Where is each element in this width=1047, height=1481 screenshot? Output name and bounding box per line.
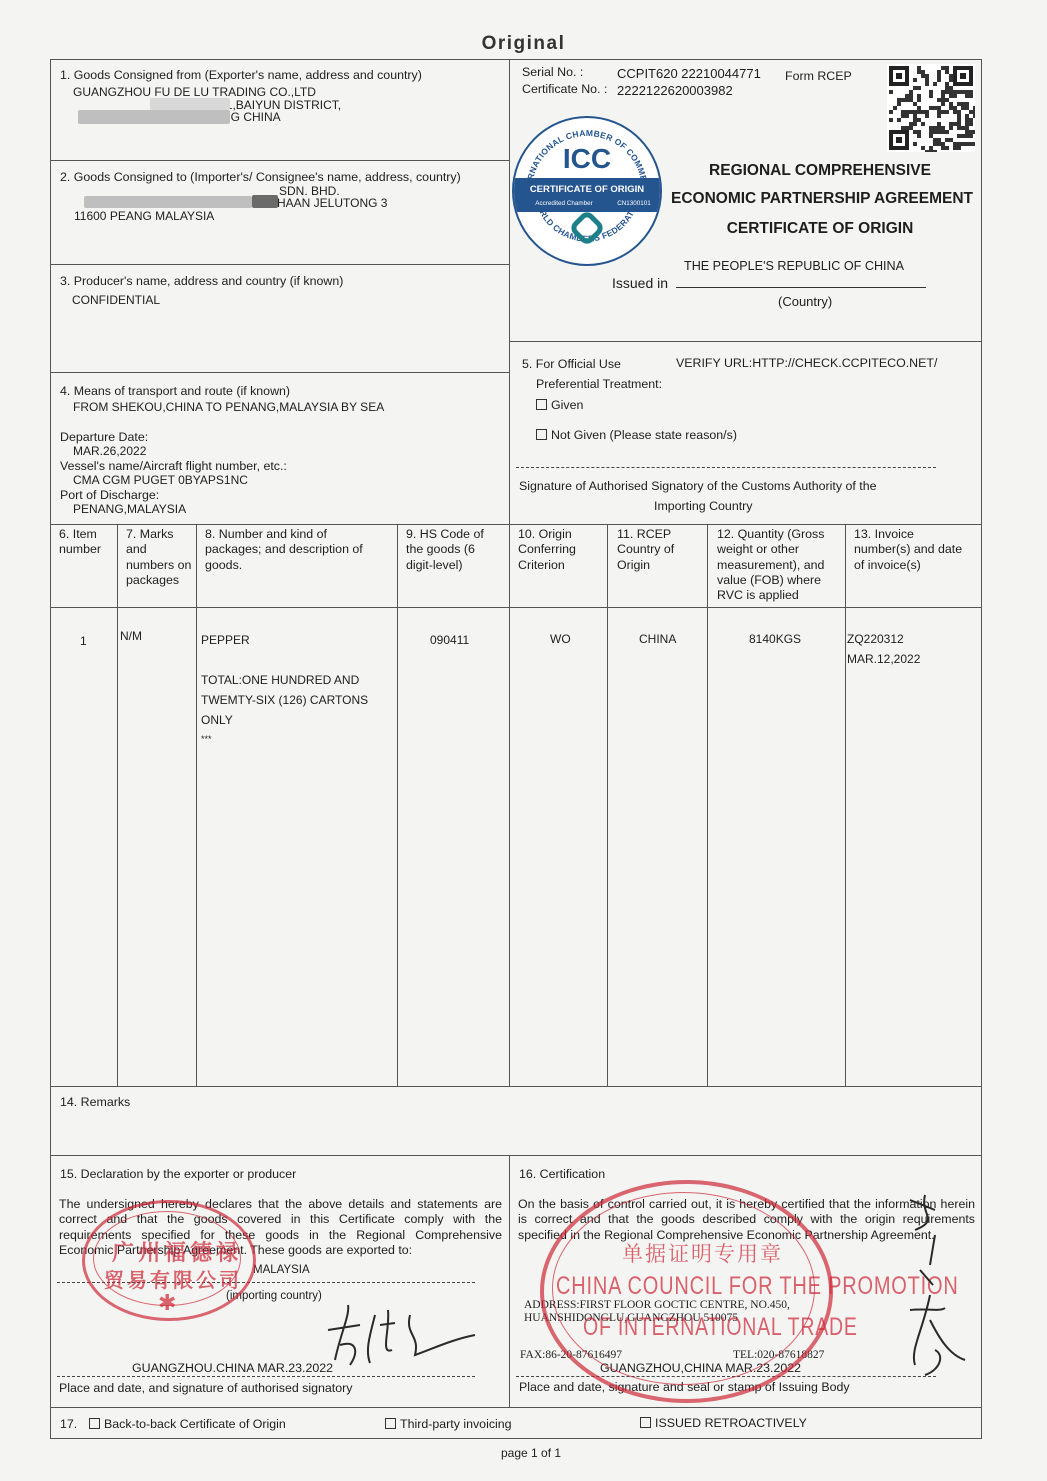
divider — [509, 341, 982, 342]
column-header: Origin — [617, 558, 650, 573]
box15-label: 15. Declaration by the exporter or produ… — [60, 1167, 296, 1182]
redaction — [252, 195, 278, 208]
description-value: PEPPER — [201, 633, 250, 648]
column-header: 6. Item — [59, 527, 97, 542]
port-value: PENANG,MALAYSIA — [73, 502, 186, 517]
column-line — [845, 524, 846, 1086]
issued-in-label: Issued in — [612, 276, 668, 291]
invoice-date: MAR.12,2022 — [847, 652, 920, 667]
customs-signature-caption-1: Signature of Authorised Signatory of the… — [519, 479, 876, 494]
total-line-3: ONLY — [201, 713, 233, 728]
column-header: 8. Number and kind of — [205, 527, 327, 542]
verify-url[interactable]: VERIFY URL:HTTP://CHECK.CCPITECO.NET/ — [676, 356, 937, 371]
route-value: FROM SHEKOU,CHINA TO PENANG,MALAYSIA BY … — [73, 400, 384, 415]
redaction — [78, 110, 230, 124]
document-title: Original — [0, 33, 1047, 55]
exporter-place-date: GUANGZHOU.CHINA MAR.23.2022 — [132, 1361, 333, 1376]
column-line — [397, 524, 398, 1086]
svg-text:CN1300101: CN1300101 — [617, 200, 651, 207]
column-header: 9. HS Code of — [406, 527, 484, 542]
issuing-country: THE PEOPLE'S REPUBLIC OF CHINA — [684, 259, 904, 274]
total-line-4: *** — [201, 732, 212, 747]
column-header: goods. — [205, 558, 242, 573]
certificate-label: Certificate No. : — [522, 82, 607, 97]
producer-value: CONFIDENTIAL — [72, 293, 160, 308]
serial-label: Serial No. : — [522, 65, 583, 80]
marks-value: N/M — [120, 629, 142, 644]
box17-number: 17. — [60, 1417, 77, 1432]
back-to-back-checkbox[interactable] — [89, 1418, 100, 1429]
certificate-value: 2222122620003982 — [617, 83, 733, 98]
column-header: and — [126, 542, 147, 557]
vessel-label: Vessel's name/Aircraft flight number, et… — [60, 459, 287, 474]
back-to-back-label: Back-to-back Certificate of Origin — [104, 1417, 286, 1431]
column-header: 13. Invoice — [854, 527, 914, 542]
preferential-label: Preferential Treatment: — [536, 377, 662, 392]
origin-country-value: CHINA — [639, 632, 676, 647]
given-option[interactable]: Given — [536, 398, 583, 413]
column-header: Criterion — [518, 558, 565, 573]
not-given-option[interactable]: Not Given (Please state reason/s) — [536, 428, 737, 443]
svg-text:ICC: ICC — [563, 143, 611, 174]
serial-value: CCPIT620 22210044771 — [617, 66, 761, 81]
issuer-signature-icon — [895, 1190, 970, 1390]
exporter-signature-caption: Place and date, and signature of authori… — [59, 1381, 352, 1396]
customs-signature-caption-2: Importing Country — [654, 499, 752, 514]
given-checkbox[interactable] — [536, 399, 547, 410]
redaction — [84, 196, 252, 208]
column-header: Country of — [617, 542, 674, 557]
box3-label: 3. Producer's name, address and country … — [60, 274, 343, 289]
form-type: Form RCEP — [785, 69, 852, 84]
stamp-star-icon: ✱ — [158, 1290, 176, 1316]
svg-text:Accredited Chamber: Accredited Chamber — [535, 200, 592, 207]
column-line — [707, 524, 708, 1086]
ccpit-stamp-en-2: OF INTERNATIONAL TRADE — [583, 1313, 858, 1342]
column-line — [117, 524, 118, 1086]
port-label: Port of Discharge: — [60, 488, 159, 503]
divider — [50, 1086, 982, 1087]
exporter-signature-line — [57, 1376, 475, 1377]
divider — [50, 1407, 982, 1408]
column-header: 11. RCEP — [617, 527, 671, 542]
retroactive-option[interactable]: ISSUED RETROACTIVELY — [640, 1416, 807, 1431]
box16-label: 16. Certification — [519, 1167, 605, 1182]
rcep-title-line-3: CERTIFICATE OF ORIGIN — [680, 220, 960, 238]
column-header: digit-level) — [406, 558, 462, 573]
exporter-address-2: NG CHINA — [222, 110, 281, 125]
departure-value: MAR.26,2022 — [73, 444, 146, 459]
column-header: Conferring — [518, 542, 576, 557]
third-party-label: Third-party invoicing — [400, 1417, 512, 1431]
qr-code[interactable] — [887, 64, 975, 152]
retroactive-label: ISSUED RETROACTIVELY — [655, 1416, 807, 1430]
column-header: the goods (6 — [406, 542, 475, 557]
not-given-label: Not Given (Please state reason/s) — [551, 428, 737, 442]
column-header: of invoice(s) — [854, 558, 921, 573]
divider — [50, 607, 982, 608]
departure-label: Departure Date: — [60, 430, 148, 445]
column-line — [509, 524, 510, 1086]
stamp-cn-line-2: 贸易有限公司 — [104, 1264, 242, 1293]
divider — [509, 59, 510, 525]
column-line — [607, 524, 608, 1086]
ccpit-stamp-cn: 单据证明专用章 — [622, 1238, 783, 1268]
exporter-signature-icon — [320, 1295, 480, 1375]
column-header: packages — [126, 573, 179, 588]
column-header: number(s) and date — [854, 542, 962, 557]
column-header: measurement), and — [717, 558, 824, 573]
not-given-checkbox[interactable] — [536, 429, 547, 440]
retroactive-checkbox[interactable] — [640, 1417, 651, 1428]
hs-code-value: 090411 — [430, 633, 469, 648]
criterion-value: WO — [550, 632, 571, 647]
given-label: Given — [551, 398, 583, 412]
column-header: weight or other — [717, 542, 799, 557]
total-line-2: TWEMTY-SIX (126) CARTONS — [201, 693, 368, 708]
vessel-value: CMA CGM PUGET 0BYAPS1NC — [73, 473, 248, 488]
third-party-option[interactable]: Third-party invoicing — [385, 1417, 512, 1432]
divider — [50, 264, 509, 265]
rcep-title-line-1: REGIONAL COMPREHENSIVE — [680, 162, 960, 180]
total-line-1: TOTAL:ONE HUNDRED AND — [201, 673, 359, 688]
box4-label: 4. Means of transport and route (if know… — [60, 384, 290, 399]
item-number: 1 — [80, 634, 87, 649]
stamp-cn-line-1: 广州福德禄 — [112, 1236, 242, 1267]
icc-seal-icon: INTERNATIONAL CHAMBER OF COMMERCE WORLD … — [514, 118, 660, 264]
box14-label: 14. Remarks — [60, 1095, 130, 1110]
box1-label: 1. Goods Consigned from (Exporter's name… — [60, 68, 422, 83]
quantity-value: 8140KGS — [749, 632, 801, 647]
signature-line — [516, 467, 936, 468]
issued-in-line — [676, 287, 926, 288]
column-header: RVC is applied — [717, 588, 799, 603]
column-line — [196, 524, 197, 1086]
divider — [509, 1155, 510, 1407]
column-header: number — [59, 542, 101, 557]
consignee-address: HAAN JELUTONG 3 — [277, 196, 387, 211]
third-party-checkbox[interactable] — [385, 1418, 396, 1429]
column-header: 7. Marks — [126, 527, 174, 542]
qr-code-icon — [887, 64, 975, 152]
divider — [50, 1155, 982, 1156]
importing-country: MALAYSIA — [253, 1263, 310, 1278]
box2-label: 2. Goods Consigned to (Importer's/ Consi… — [60, 170, 461, 185]
column-header: 10. Origin — [518, 527, 572, 542]
rcep-title-line-2: ECONOMIC PARTNERSHIP AGREEMENT — [664, 190, 980, 208]
divider — [50, 524, 982, 525]
consignee-city: 11600 PEANG MALAYSIA — [74, 209, 214, 224]
redaction — [150, 98, 230, 110]
back-to-back-option[interactable]: Back-to-back Certificate of Origin — [89, 1417, 286, 1432]
icc-seal: INTERNATIONAL CHAMBER OF COMMERCE WORLD … — [512, 116, 662, 266]
page-indicator: page 1 of 1 — [501, 1446, 561, 1461]
box5-label: 5. For Official Use — [522, 357, 621, 372]
column-header: 12. Quantity (Gross — [717, 527, 824, 542]
column-header: numbers on — [126, 558, 191, 573]
divider — [50, 372, 509, 373]
svg-text:CERTIFICATE OF ORIGIN: CERTIFICATE OF ORIGIN — [530, 184, 644, 195]
column-header: packages; and description of — [205, 542, 363, 557]
column-header: value (FOB) where — [717, 573, 821, 588]
invoice-number: ZQ220312 — [847, 632, 904, 647]
divider — [50, 160, 509, 161]
country-caption: (Country) — [778, 294, 832, 309]
